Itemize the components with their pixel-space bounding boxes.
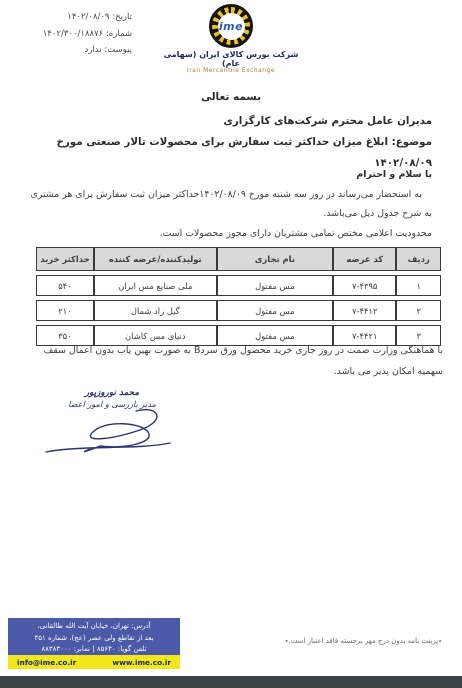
bismillah: بسمه تعالی bbox=[201, 91, 261, 103]
addressee-line: مدیران عامل محترم شرکت‌های کارگزاری bbox=[30, 111, 432, 132]
meta-date: تاریخ: ۱۴۰۲/۰۸/۰۹ bbox=[26, 9, 132, 26]
cell-row-number: ۱ bbox=[396, 275, 441, 296]
salutation: با سلام و احترام bbox=[26, 165, 432, 185]
ime-monogram: ime bbox=[218, 13, 245, 40]
handwritten-signature-icon bbox=[38, 405, 178, 457]
header-offer-code: کد عرضه bbox=[333, 247, 396, 271]
address-line-2: بعد از تقاطع ولی عصر (عج)، شماره ۳۵۱ bbox=[12, 633, 176, 645]
cell-producer: ملی صنایع مس ایران bbox=[94, 275, 217, 296]
table-row: ۲ ۷-۴۴۱۲ مس مفتول گیل راد شمال ۲۱۰ bbox=[36, 300, 441, 321]
cell-trade-name: مس مفتول bbox=[217, 275, 334, 296]
body-line-2: محدودیت اعلامی مختص تمامی مشتریان دارای … bbox=[26, 224, 432, 244]
bottom-bar bbox=[0, 676, 462, 688]
meta-attachment-label: پیوست: bbox=[104, 45, 132, 55]
meta-date-value: ۱۴۰۲/۰۸/۰۹ bbox=[67, 12, 109, 22]
cell-offer-code: ۷-۴۳۹۵ bbox=[333, 275, 396, 296]
footer-email: info@ime.co.ir bbox=[17, 658, 76, 667]
body-line-1: به استحضار می‌رساند در روز سه شنبه مورخ … bbox=[26, 185, 432, 224]
header-row-number: ردیف bbox=[396, 247, 441, 271]
header-producer: تولیدکننده/عرضه کننده bbox=[94, 247, 217, 271]
ime-logo: ime شرکت بورس کالای ایران (سهامی عام) Ir… bbox=[156, 4, 306, 74]
meta-date-label: تاریخ: bbox=[112, 12, 132, 22]
ime-logo-icon: ime bbox=[209, 4, 253, 48]
meta-attachment: پیوست: ندارد bbox=[26, 42, 132, 59]
cell-row-number: ۲ bbox=[396, 300, 441, 321]
header-trade-name: نام تجاری bbox=[217, 247, 334, 271]
company-name-en: Iran Mercantile Exchange bbox=[156, 68, 306, 74]
address-line-3: تلفن گویا: ۸۵۶۴۰ | نمابر: ۸۸۳۸۳۰۰۰ bbox=[12, 644, 176, 656]
letter-page: تاریخ: ۱۴۰۲/۰۸/۰۹ شماره: ۱۴۰۲/۳۰۰/۱۸۸۷۶ … bbox=[0, 0, 462, 688]
meta-number: شماره: ۱۴۰۲/۳۰۰/۱۸۸۷۶ bbox=[26, 26, 132, 43]
letter-meta: تاریخ: ۱۴۰۲/۰۸/۰۹ شماره: ۱۴۰۲/۳۰۰/۱۸۸۷۶ … bbox=[26, 9, 132, 59]
footer-website: www.ime.co.ir bbox=[112, 658, 171, 667]
cell-producer: گیل راد شمال bbox=[94, 300, 217, 321]
header-max-buy: حداکثر خرید bbox=[36, 247, 94, 271]
print-validity-note: ٭پرینت نامه بدون درج مهر برجسته فاقد اعت… bbox=[285, 637, 442, 645]
meta-attachment-value: ندارد bbox=[85, 45, 102, 55]
cell-max-buy: ۵۴۰ bbox=[36, 275, 94, 296]
cell-trade-name: مس مفتول bbox=[217, 300, 334, 321]
cell-offer-code: ۷-۴۴۱۲ bbox=[333, 300, 396, 321]
coordination-note: با هماهنگی وزارت صمت در روز جاری خرید مح… bbox=[22, 340, 443, 382]
footer-address-box: آدرس: تهران، خیابان آیت الله طالقانی، بع… bbox=[8, 618, 180, 659]
signer-name: محمد نوروزپور bbox=[38, 388, 186, 398]
order-limit-table: ردیف کد عرضه نام تجاری تولیدکننده/عرضه ک… bbox=[36, 243, 441, 350]
signature-block: محمد نوروزپور مدیر بازرسی و امور اعضا bbox=[38, 388, 186, 457]
meta-number-label: شماره: bbox=[106, 29, 132, 39]
address-line-1: آدرس: تهران، خیابان آیت الله طالقانی، bbox=[12, 621, 176, 633]
letter-body: با سلام و احترام به استحضار می‌رساند در … bbox=[26, 165, 432, 243]
footer-links-bar: info@ime.co.ir www.ime.co.ir bbox=[8, 655, 180, 669]
meta-number-value: ۱۴۰۲/۳۰۰/۱۸۸۷۶ bbox=[43, 29, 104, 39]
table-header-row: ردیف کد عرضه نام تجاری تولیدکننده/عرضه ک… bbox=[36, 247, 441, 271]
cell-max-buy: ۲۱۰ bbox=[36, 300, 94, 321]
company-name-fa: شرکت بورس کالای ایران (سهامی عام) bbox=[156, 50, 306, 68]
table-row: ۱ ۷-۴۳۹۵ مس مفتول ملی صنایع مس ایران ۵۴۰ bbox=[36, 275, 441, 296]
